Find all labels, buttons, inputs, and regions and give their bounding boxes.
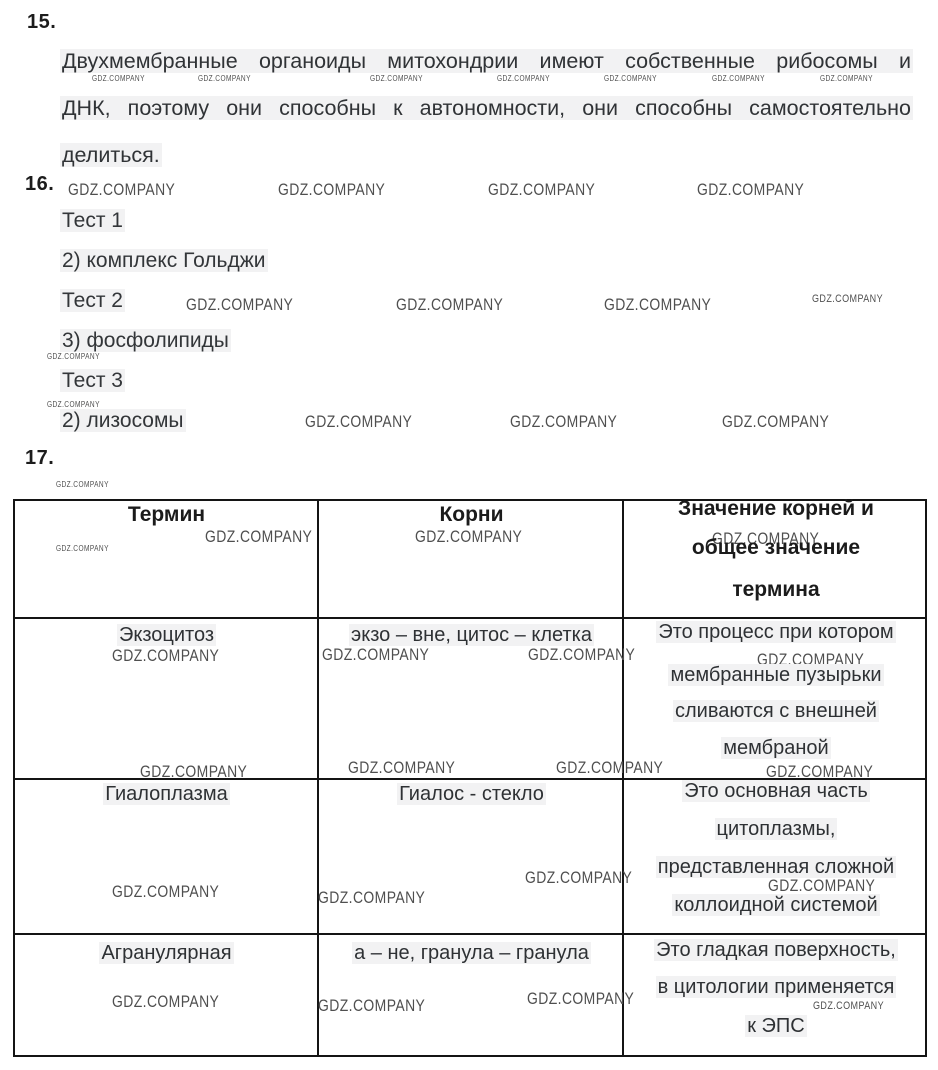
- answer-line: 2) комплекс Гольджи: [60, 248, 268, 273]
- gdz-watermark: GDZ.COMPANY: [722, 412, 829, 432]
- table-row-divider: [13, 933, 927, 935]
- cell-text: Это гладкая поверхность,: [654, 939, 898, 961]
- gdz-watermark: GDZ.COMPANY: [812, 293, 883, 305]
- cell-term: Гиалоплазма: [15, 782, 318, 806]
- cell-text: а – не, гранула – гранула: [352, 942, 591, 964]
- cell-text: Агранулярная: [99, 942, 233, 964]
- paragraph-text: ДНК, поэтому они способны к автономности…: [60, 96, 913, 120]
- paragraph-text: делиться.: [60, 143, 162, 167]
- cell-meaning-line: сливаются с внешней: [625, 699, 927, 723]
- gdz-watermark: GDZ.COMPANY: [813, 1000, 884, 1012]
- cell-text: сливаются с внешней: [673, 700, 879, 722]
- item-17-number: 17.: [25, 447, 54, 470]
- gdz-watermark: GDZ.COMPANY: [68, 180, 175, 200]
- paragraph-line: Двухмембранные органоиды митохондрии име…: [60, 48, 913, 74]
- gdz-watermark: GDZ.COMPANY: [527, 989, 634, 1009]
- paragraph-line: ДНК, поэтому они способны к автономности…: [60, 95, 913, 121]
- table-header-meaning: Значение корней и: [625, 497, 927, 521]
- gdz-watermark: GDZ.COMPANY: [415, 527, 522, 547]
- cell-text: в цитологии применяется: [656, 976, 897, 998]
- table-header-meaning: термина: [625, 578, 927, 602]
- gdz-watermark: GDZ.COMPANY: [396, 295, 503, 315]
- gdz-watermark: GDZ.COMPANY: [525, 868, 632, 888]
- gdz-watermark: GDZ.COMPANY: [510, 412, 617, 432]
- gdz-watermark: GDZ.COMPANY: [140, 762, 247, 782]
- gdz-watermark: GDZ.COMPANY: [697, 180, 804, 200]
- gdz-watermark: GDZ.COMPANY: [318, 996, 425, 1016]
- answer-text: Тест 2: [60, 289, 125, 312]
- cell-meaning-line: представленная сложной: [625, 855, 927, 879]
- cell-text: представленная сложной: [656, 856, 896, 878]
- cell-meaning-line: Это гладкая поверхность,: [625, 938, 927, 962]
- cell-meaning-line: Это основная часть: [625, 779, 927, 803]
- cell-text: коллоидной системой: [672, 894, 879, 916]
- cell-meaning-line: мембраной: [625, 736, 927, 760]
- table-header-roots: Корни: [320, 503, 623, 527]
- answer-line: Тест 3: [60, 368, 125, 393]
- answer-line: Тест 1: [60, 208, 125, 233]
- item-16-number: 16.: [25, 173, 54, 196]
- cell-text: экзо – вне, цитос – клетка: [349, 624, 594, 646]
- gdz-watermark: GDZ.COMPANY: [112, 992, 219, 1012]
- gdz-watermark: GDZ.COMPANY: [322, 645, 429, 665]
- cell-meaning-line: мембранные пузырьки: [625, 663, 927, 687]
- gdz-watermark: GDZ.COMPANY: [92, 74, 145, 83]
- gdz-watermark: GDZ.COMPANY: [278, 180, 385, 200]
- document-page: 15. Двухмембранные органоиды митохондрии…: [0, 0, 938, 1070]
- gdz-watermark: GDZ.COMPANY: [305, 412, 412, 432]
- cell-meaning-line: к ЭПС: [625, 1014, 927, 1038]
- cell-meaning-line: в цитологии применяется: [625, 975, 927, 999]
- answer-line: 2) лизосомы: [60, 408, 186, 433]
- gdz-watermark: GDZ.COMPANY: [186, 295, 293, 315]
- gdz-watermark: GDZ.COMPANY: [528, 645, 635, 665]
- gdz-watermark: GDZ.COMPANY: [205, 527, 312, 547]
- cell-roots: а – не, гранула – гранула: [320, 941, 623, 965]
- cell-meaning-line: Это процесс при котором: [625, 620, 927, 644]
- gdz-watermark: GDZ.COMPANY: [820, 74, 873, 83]
- answer-text: 2) комплекс Гольджи: [60, 249, 268, 272]
- gdz-watermark: GDZ.COMPANY: [604, 74, 657, 83]
- cell-text: Гиалос - стекло: [397, 783, 546, 805]
- gdz-watermark: GDZ.COMPANY: [56, 544, 109, 553]
- gdz-watermark: GDZ.COMPANY: [497, 74, 550, 83]
- cell-term: Агранулярная: [15, 941, 318, 965]
- cell-text: Это основная часть: [682, 780, 870, 802]
- cell-roots: Гиалос - стекло: [320, 782, 623, 806]
- answer-text: 2) лизосомы: [60, 409, 186, 432]
- cell-text: к ЭПС: [745, 1015, 807, 1037]
- cell-text: Это процесс при котором: [656, 621, 895, 643]
- answer-text: 3) фосфолипиды: [60, 329, 231, 352]
- gdz-watermark: GDZ.COMPANY: [556, 758, 663, 778]
- item-15-number: 15.: [27, 11, 56, 34]
- gdz-watermark: GDZ.COMPANY: [318, 888, 425, 908]
- gdz-watermark: GDZ.COMPANY: [370, 74, 423, 83]
- gdz-watermark: GDZ.COMPANY: [47, 352, 100, 361]
- paragraph-text: Двухмембранные органоиды митохондрии име…: [60, 49, 913, 73]
- cell-text: цитоплазмы,: [715, 818, 838, 840]
- cell-text: мембранные пузырьки: [668, 664, 883, 686]
- gdz-watermark: GDZ.COMPANY: [56, 480, 109, 489]
- cell-text: мембраной: [721, 737, 830, 759]
- cell-text: Гиалоплазма: [103, 783, 229, 805]
- gdz-watermark: GDZ.COMPANY: [712, 74, 765, 83]
- answer-line: Тест 2: [60, 288, 125, 313]
- cell-text: Экзоцитоз: [117, 624, 216, 646]
- cell-meaning-line: коллоидной системой: [625, 893, 927, 917]
- answer-text: Тест 3: [60, 369, 125, 392]
- cell-meaning-line: цитоплазмы,: [625, 817, 927, 841]
- gdz-watermark: GDZ.COMPANY: [604, 295, 711, 315]
- table-row-divider: [13, 617, 927, 619]
- answer-text: Тест 1: [60, 209, 125, 232]
- gdz-watermark: GDZ.COMPANY: [112, 882, 219, 902]
- table-header-term: Термин: [15, 503, 318, 527]
- gdz-watermark: GDZ.COMPANY: [348, 758, 455, 778]
- paragraph-line: делиться.: [60, 142, 162, 168]
- gdz-watermark: GDZ.COMPANY: [488, 180, 595, 200]
- gdz-watermark: GDZ.COMPANY: [198, 74, 251, 83]
- cell-roots: экзо – вне, цитос – клетка: [320, 623, 623, 647]
- cell-term: Экзоцитоз: [15, 623, 318, 647]
- table-header-meaning: общее значение: [625, 536, 927, 560]
- gdz-watermark: GDZ.COMPANY: [112, 646, 219, 666]
- answer-line: 3) фосфолипиды: [60, 328, 231, 353]
